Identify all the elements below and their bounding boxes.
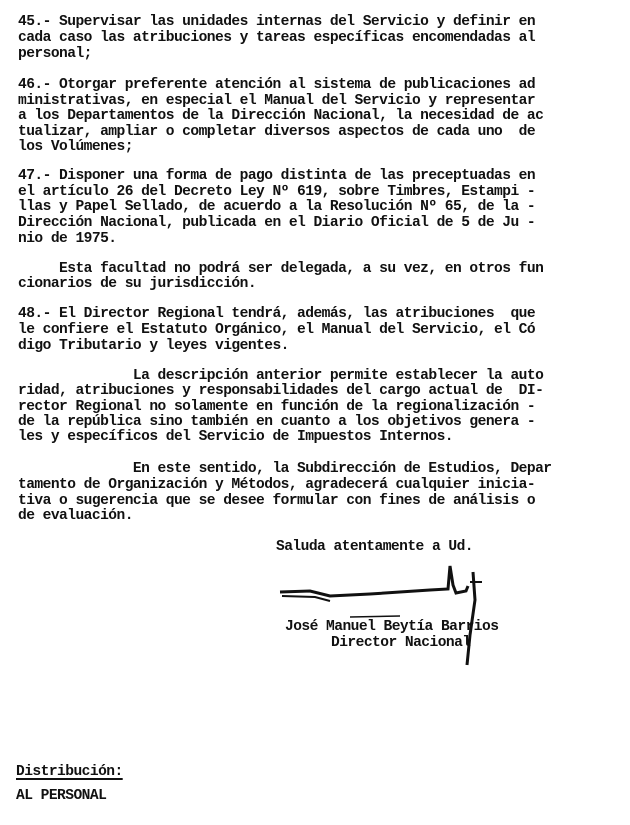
closing-salutation: Saluda atentamente a Ud. <box>276 539 473 555</box>
text-line: de evaluación. <box>18 508 133 524</box>
text-line: personal; <box>18 46 92 62</box>
distribution-recipient: AL PERSONAL <box>16 788 106 804</box>
text-line: rector Regional no solamente en función … <box>18 399 535 415</box>
text-line: llas y Papel Sellado, de acuerdo a la Re… <box>18 199 535 215</box>
text-line: 47.- Disponer una forma de pago distinta… <box>18 168 535 184</box>
text-line: le confiere el Estatuto Orgánico, el Man… <box>18 322 535 338</box>
text-line: tiva o sugerencia que se desee formular … <box>18 493 535 509</box>
text-line: digo Tributario y leyes vigentes. <box>18 338 289 354</box>
text-line: los Volúmenes; <box>18 139 133 155</box>
handwritten-signature-icon <box>270 560 500 670</box>
text-line: de la república sino también en cuanto a… <box>18 414 535 430</box>
text-line: Esta facultad no podrá ser delegada, a s… <box>18 261 543 277</box>
text-line: el artículo 26 del Decreto Ley Nº 619, s… <box>18 184 535 200</box>
text-line: La descripción anterior permite establec… <box>18 368 543 384</box>
text-line: tualizar, ampliar o completar diversos a… <box>18 124 535 140</box>
text-line: les y específicos del Servicio de Impues… <box>18 429 453 445</box>
text-line: 45.- Supervisar las unidades internas de… <box>18 14 535 30</box>
text-line: cada caso las atribuciones y tareas espe… <box>18 30 535 46</box>
text-line: tamento de Organización y Métodos, agrad… <box>18 477 535 493</box>
signatory-title: Director Nacional <box>331 635 471 651</box>
text-line: En este sentido, la Subdirección de Estu… <box>18 461 552 477</box>
text-line: 48.- El Director Regional tendrá, además… <box>18 306 535 322</box>
signatory-name: José Manuel Beytía Barrios <box>285 619 498 635</box>
text-line: 46.- Otorgar preferente atención al sist… <box>18 77 535 93</box>
text-line: cionarios de su jurisdicción. <box>18 276 256 292</box>
text-line: nio de 1975. <box>18 231 117 247</box>
text-line: ridad, atribuciones y responsabilidades … <box>18 383 543 399</box>
text-line: Dirección Nacional, publicada en el Diar… <box>18 215 535 231</box>
distribution-label: Distribución: <box>16 764 123 780</box>
text-line: ministrativas, en especial el Manual del… <box>18 93 535 109</box>
text-line: a los Departamentos de la Dirección Naci… <box>18 108 543 124</box>
